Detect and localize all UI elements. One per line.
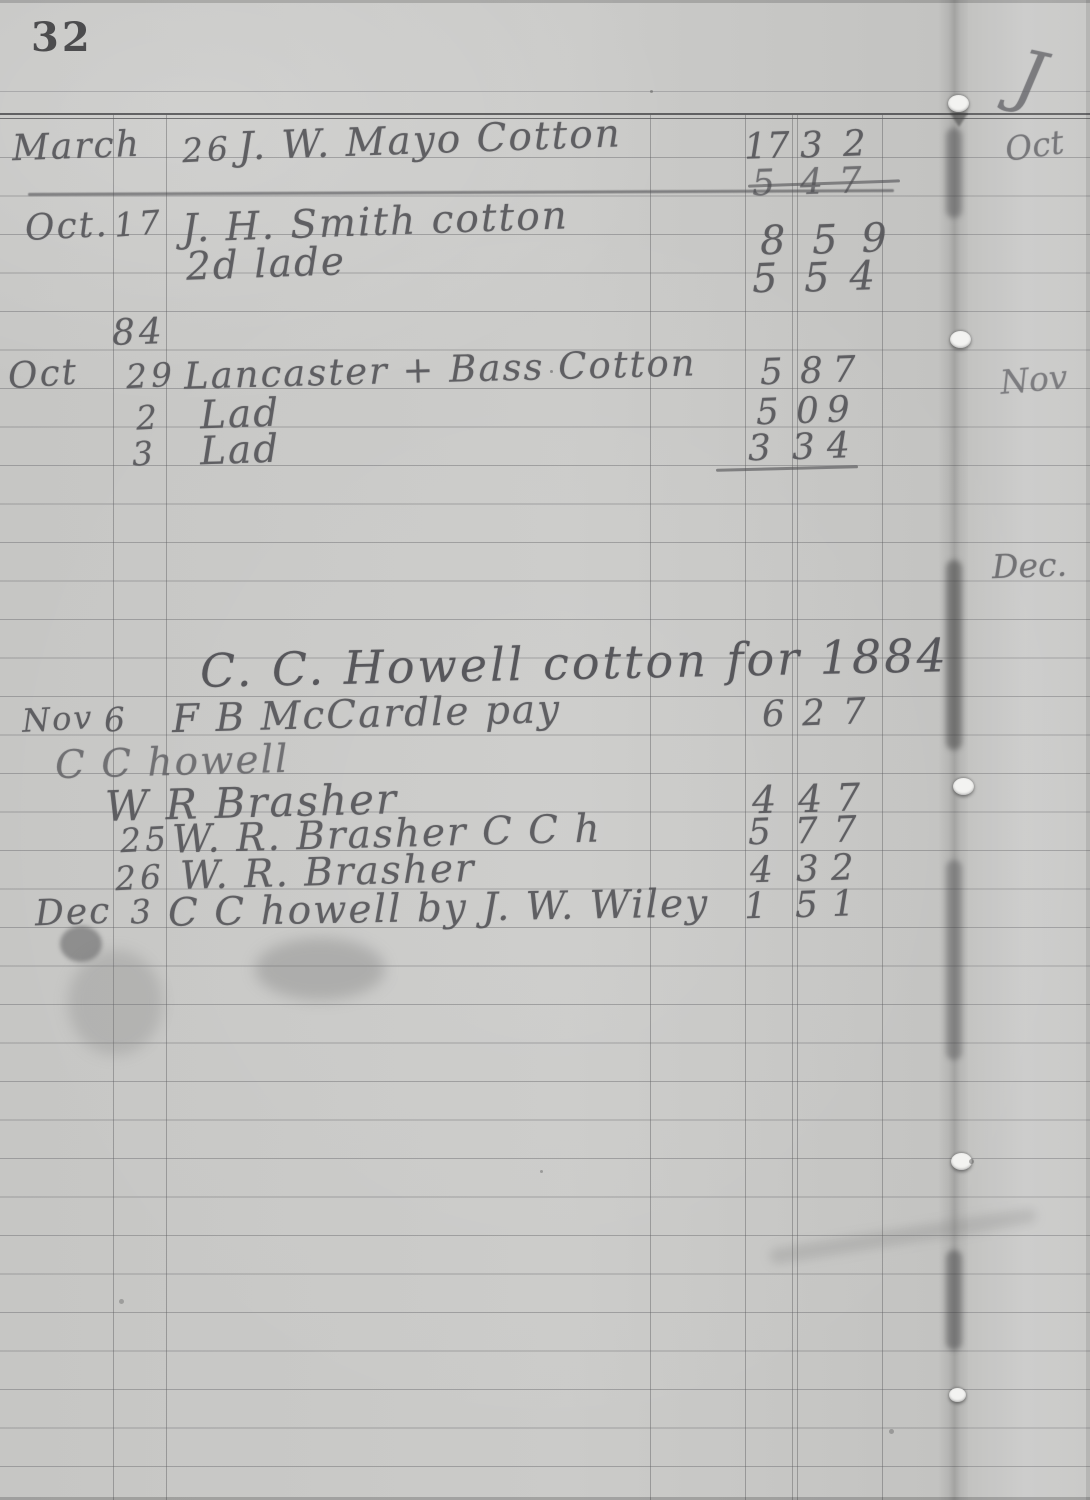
paper-stain (68, 950, 163, 1055)
entry-description: C C howell by J. W. Wiley (168, 881, 710, 935)
margin-note-dec: Dec. (991, 545, 1067, 587)
entry-description: 2d lade (185, 239, 346, 290)
entry-day: 17 (113, 202, 166, 244)
entry-day: 6 (103, 699, 130, 739)
entry-cents: 27 (801, 691, 884, 735)
entry-month: Oct. (24, 204, 110, 249)
entry-day: 2 (135, 397, 162, 437)
entry-month: Nov (21, 698, 94, 740)
paper-stain (255, 938, 385, 1000)
entry-dollars: 5 (759, 352, 783, 394)
ruled-line-top (0, 91, 1090, 92)
punch-hole (948, 95, 969, 112)
column-line-cents-a (792, 114, 793, 1500)
punch-hole (949, 1388, 966, 1402)
ledger-page: 32 March 26 J. W. Mayo Cotton 17 32 5 47… (0, 0, 1090, 1500)
entry-day: 29 (125, 355, 177, 397)
entry-cents: 87 (799, 349, 866, 392)
scan-edge-top (0, 0, 1090, 3)
column-line-amount-end (882, 114, 883, 1500)
scan-edge-right (1086, 0, 1090, 1500)
pencil-note-84: 84 (111, 311, 166, 354)
entry-month: Oct (7, 352, 80, 398)
entry-day: 3 (129, 891, 156, 931)
entry-dollars: 5 (747, 812, 771, 854)
binding-smudge (946, 128, 962, 218)
entry-description: Lad (199, 427, 281, 475)
entry-dollars: 1 (743, 886, 767, 928)
margin-note-nov: Nov (998, 357, 1069, 402)
entry-cents: 51 (794, 883, 869, 927)
entry-day: 3 (131, 433, 158, 473)
entry-dollars: 5 (751, 256, 778, 303)
binding-mark (950, 113, 968, 127)
entry-cents: 54 (803, 252, 895, 301)
entry-month: March (11, 124, 141, 169)
entry-cents: 77 (794, 809, 873, 853)
column-line-description-end (650, 114, 651, 1500)
entry-month: Dec (34, 891, 112, 935)
page-number: 32 (31, 14, 93, 61)
column-line-dollars (745, 114, 746, 1500)
entry-dollars: 6 (761, 694, 785, 736)
entry-day: 25 (119, 819, 171, 861)
binding-smudge (946, 860, 962, 1060)
entry-cents: 34 (791, 425, 862, 468)
entry-dollars: 17 (743, 125, 790, 168)
margin-note-oct: Oct (1003, 122, 1067, 169)
facing-page-edge (968, 0, 1090, 1500)
binding-smudge (946, 1250, 962, 1350)
entry-dollars: 3 (747, 428, 771, 470)
entry-day: 26 (181, 129, 233, 171)
